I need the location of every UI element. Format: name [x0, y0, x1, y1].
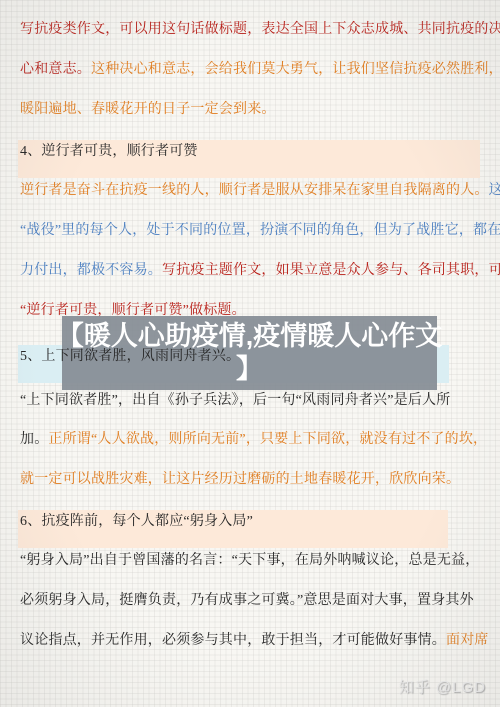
text-segment: “战役”里的每个人，处于不同的位置，扮演不同的角色，但为了战胜它，都在尽 — [20, 223, 500, 238]
document-page: 写抗疫类作文，可以用这句话做标题，表达全国上下众志成城、共同抗疫的决心和意志。这… — [0, 0, 500, 707]
text-line: 逆行者是奋斗在抗疫一线的人，顺行者是服从安排呆在家里自我隔离的人。这场 — [20, 181, 500, 201]
text-segment: 暖阳遍地、春暖花开的日子一定会到来。 — [20, 102, 276, 117]
section-heading: 4、逆行者可贵，顺行者可赞 — [20, 142, 198, 162]
text-line: 写抗疫类作文，可以用这句话做标题，表达全国上下众志成城、共同抗疫的决 — [20, 20, 500, 40]
text-segment: 这种决心和意志，会给我们莫大勇气，让我们坚信抗疫必然胜利， — [91, 62, 500, 77]
text-segment: 逆行者是奋斗在抗疫一线的人，顺行者是服从安排呆在家里自我隔离的人。 — [20, 183, 489, 198]
text-segment: “上下同欲者胜”，出自《孙子兵法》，后一句“风雨同舟者兴”是后人所 — [20, 393, 450, 408]
text-line: 就一定可以战胜灾难，让这片经历过磨砺的土地春暖花开，欣欣向荣。 — [20, 470, 460, 490]
text-segment: 面对席 — [446, 633, 489, 648]
text-line: “战役”里的每个人，处于不同的位置，扮演不同的角色，但为了战胜它，都在尽 — [20, 221, 500, 241]
text-segment: 写抗疫主题作文，如果立意是众人参与、各司其职，可以用 — [162, 263, 500, 278]
text-line: 力付出，都极不容易。写抗疫主题作文，如果立意是众人参与、各司其职，可以用 — [20, 261, 500, 281]
zhihu-credit-watermark: 知乎 @LGD — [399, 676, 486, 697]
text-segment: 写抗疫类作文，可以用这句话做标题，表达全国上下众志成城、共同抗疫的决 — [20, 22, 500, 37]
text-segment: “躬身入局”出自于曾国藩的名言：“天下事，在局外呐喊议论，总是无益， — [20, 553, 479, 568]
text-segment: 加。 — [20, 432, 48, 447]
text-segment: 力付出，都极不容易。 — [20, 263, 162, 278]
text-line: 加。正所谓“人人欲战，则所向无前”，只要上下同欲，就没有过不了的坎， — [20, 430, 487, 450]
text-segment: 正所谓“人人欲战，则所向无前”，只要上下同欲，就没有过不了的坎， — [48, 432, 487, 447]
text-line: “上下同欲者胜”，出自《孙子兵法》，后一句“风雨同舟者兴”是后人所 — [20, 391, 450, 411]
text-line: 暖阳遍地、春暖花开的日子一定会到来。 — [20, 100, 276, 120]
text-segment: 就一定可以战胜灾难，让这片经历过磨砺的土地春暖花开，欣欣向荣。 — [20, 472, 460, 487]
text-segment: 必须躬身入局，挺膺负责，乃有成事之可冀。”意思是面对大事，置身其外 — [20, 593, 474, 608]
text-segment: 心和意志。 — [20, 62, 91, 77]
text-line: 心和意志。这种决心和意志，会给我们莫大勇气，让我们坚信抗疫必然胜利， — [20, 60, 500, 80]
text-segment: 议论指点，并无作用，必须参与其中，敢于担当，才可能做好事情。 — [20, 633, 446, 648]
text-line: 必须躬身入局，挺膺负责，乃有成事之可冀。”意思是面对大事，置身其外 — [20, 591, 474, 611]
text-line: 议论指点，并无作用，必须参与其中，敢于担当，才可能做好事情。面对席 — [20, 631, 489, 651]
text-segment: 这场 — [489, 183, 500, 198]
section-heading: 6、抗疫阵前，每个人都应“躬身入局” — [20, 512, 253, 532]
section-heading: 5、上下同欲者胜，风雨同舟者兴。 — [20, 347, 240, 367]
text-line: “躬身入局”出自于曾国藩的名言：“天下事，在局外呐喊议论，总是无益， — [20, 551, 479, 571]
